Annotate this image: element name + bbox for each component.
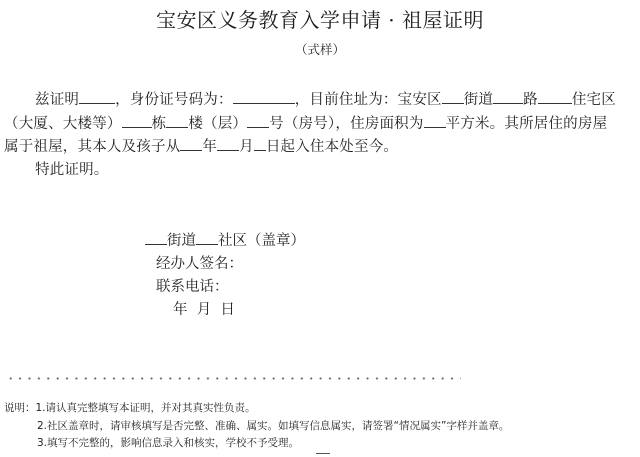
certificate-page: 宝安区义务教育入学申请 · 祖屋证明 （式样） 兹证明，身份证号码为：，目前住址… (0, 0, 640, 457)
text-residential-area: 住宅区 (572, 92, 616, 108)
blank-year[interactable] (180, 136, 202, 151)
stamp-line: 街道社区（盖章） (145, 229, 305, 250)
blank-name[interactable] (79, 89, 115, 104)
body-line-2: （大厦、大楼等）栋楼（层）号（房号），住房面积为平方米。其所居住的房屋 (4, 112, 607, 133)
text-square-meters: 平方米。其所居住的房屋 (446, 116, 608, 132)
blank-id-number[interactable] (233, 89, 295, 104)
text-month: 月 (239, 139, 254, 155)
text-address: ，目前住址为：宝安区 (295, 92, 442, 108)
blank-road[interactable] (493, 89, 523, 104)
document-title: 宝安区义务教育入学申请 · 祖屋证明 (0, 4, 640, 33)
blank-street[interactable] (442, 89, 464, 104)
dotted-separator (6, 377, 461, 380)
blank-day[interactable] (254, 136, 266, 151)
notes-label: 说明： (4, 402, 36, 414)
blank-building[interactable] (122, 113, 152, 128)
blank-area[interactable] (424, 113, 446, 128)
blank-stamp-street[interactable] (145, 230, 167, 245)
blank-residential-area[interactable] (538, 89, 572, 104)
blank-floor[interactable] (166, 113, 188, 128)
note-item-1: 说明：1.请认真完整填写本证明，并对其真实性负责。 (4, 400, 256, 415)
text-road: 路 (523, 92, 538, 108)
cutoff-page-mark (316, 453, 330, 457)
text-stamp-street: 街道 (167, 233, 196, 249)
text-day-until-now: 日起入住本处至今。 (266, 139, 398, 155)
note-item-3: 3.填写不完整的，影响信息录入和核实，学校不予受理。 (37, 435, 299, 450)
blank-room[interactable] (247, 113, 269, 128)
handler-signature-label: 经办人签名： (156, 252, 243, 273)
text-street: 街道 (464, 92, 493, 108)
signature-date: 年 月 日 (173, 298, 235, 319)
blank-stamp-community[interactable] (196, 230, 218, 245)
text-building: 栋 (152, 116, 167, 132)
body-line-1: 兹证明，身份证号码为：，目前住址为：宝安区街道路住宅区 (35, 88, 616, 109)
text-certify: 兹证明 (35, 92, 79, 108)
note-text-1: 1.请认真完整填写本证明，并对其真实性负责。 (36, 402, 256, 414)
note-item-2: 2.社区盖章时，请审核填写是否完整、准确、属实。如填写信息属实，请签署“情况属实… (37, 418, 509, 433)
text-ancestral-house: 属于祖屋，其本人及孩子从 (4, 139, 180, 155)
contact-phone-label: 联系电话： (156, 275, 229, 296)
text-floor: 楼（层） (188, 116, 247, 132)
text-year: 年 (202, 139, 217, 155)
text-building-type: （大厦、大楼等） (4, 116, 122, 132)
text-room-area: 号（房号），住房面积为 (269, 116, 423, 132)
text-id-number: ，身份证号码为： (115, 92, 233, 108)
body-line-4: 特此证明。 (35, 158, 109, 179)
body-line-3: 属于祖屋，其本人及孩子从年月日起入住本处至今。 (4, 135, 398, 156)
blank-month[interactable] (217, 136, 239, 151)
text-stamp-community: 社区（盖章） (218, 233, 305, 249)
document-subtitle: （式样） (0, 40, 640, 58)
